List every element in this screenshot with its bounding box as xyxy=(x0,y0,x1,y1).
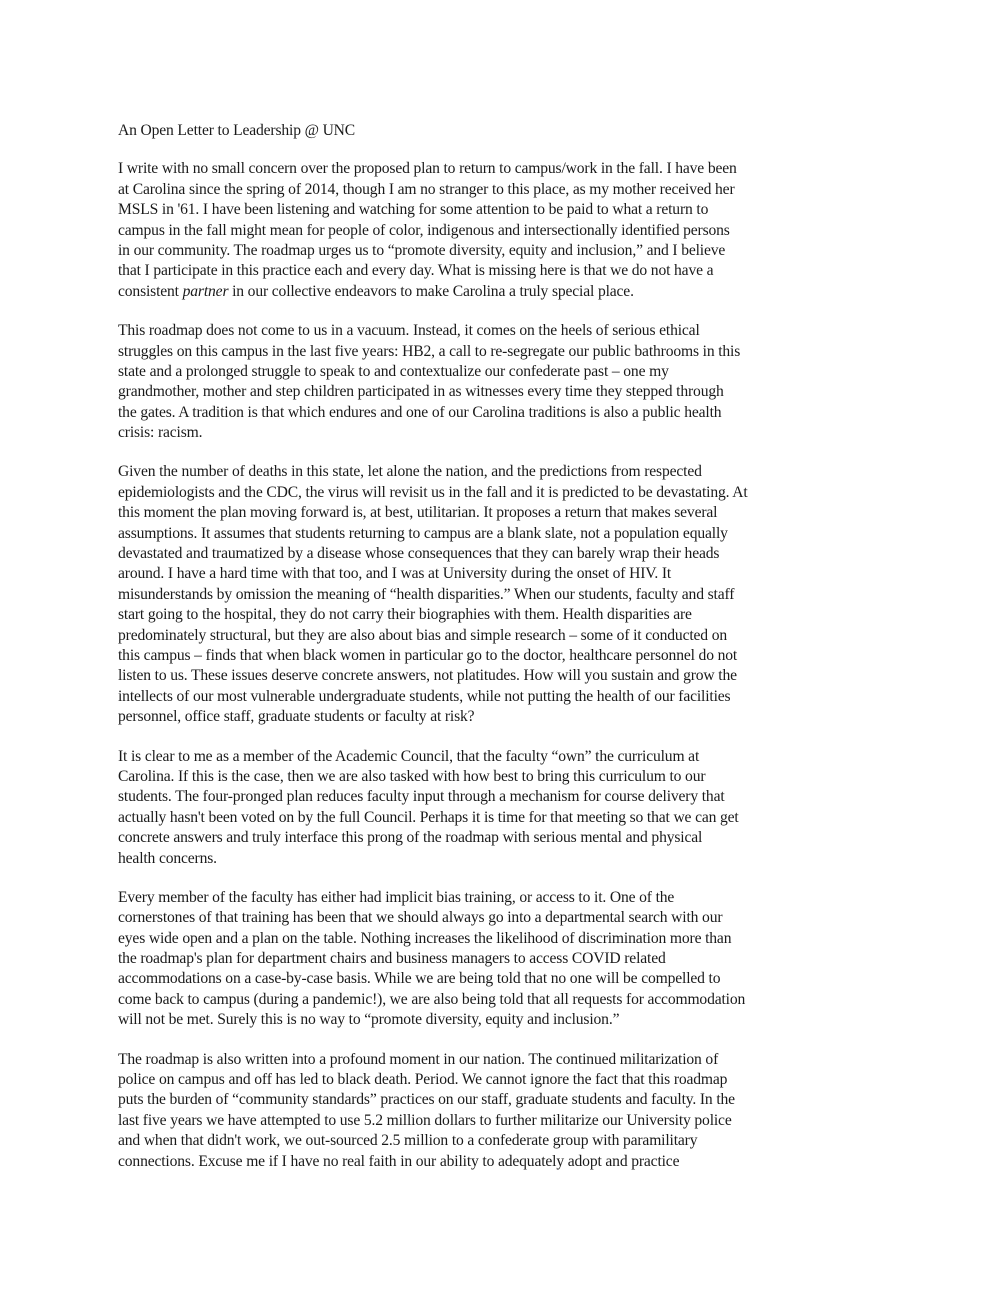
document-page: An Open Letter to Leadership @ UNC I wri… xyxy=(0,0,1000,1294)
paragraph-intro: I write with no small concern over the p… xyxy=(118,159,888,302)
text-line: that I participate in this practice each… xyxy=(118,261,888,281)
text-line: devastated and traumatized by a disease … xyxy=(118,544,888,564)
text-line: consistent partner in our collective end… xyxy=(118,282,888,302)
text-line: this moment the plan moving forward is, … xyxy=(118,503,888,523)
text-line: last five years we have attempted to use… xyxy=(118,1111,888,1131)
text-line: cornerstones of that training has been t… xyxy=(118,908,888,928)
text-line: connections. Excuse me if I have no real… xyxy=(118,1152,888,1172)
text-line: come back to campus (during a pandemic!)… xyxy=(118,990,888,1010)
text-line: predominately structural, but they are a… xyxy=(118,626,888,646)
text-line: this campus – finds that when black wome… xyxy=(118,646,888,666)
text-line: assumptions. It assumes that students re… xyxy=(118,524,888,544)
paragraph-implicit-bias: Every member of the faculty has either h… xyxy=(118,888,888,1031)
text-line: eyes wide open and a plan on the table. … xyxy=(118,929,888,949)
paragraph-militarization: The roadmap is also written into a profo… xyxy=(118,1050,888,1172)
text-line: I write with no small concern over the p… xyxy=(118,159,888,179)
text-line: MSLS in '61. I have been listening and w… xyxy=(118,200,888,220)
text-line: health concerns. xyxy=(118,849,888,869)
text-line: actually hasn't been voted on by the ful… xyxy=(118,808,888,828)
text-segment: in our collective endeavors to make Caro… xyxy=(228,283,633,300)
emphasized-word: partner xyxy=(183,283,229,300)
text-line: and when that didn't work, we out-source… xyxy=(118,1131,888,1151)
text-line: The roadmap is also written into a profo… xyxy=(118,1050,888,1070)
text-line: police on campus and off has led to blac… xyxy=(118,1070,888,1090)
text-line: will not be met. Surely this is no way t… xyxy=(118,1010,888,1030)
paragraph-vacuum: This roadmap does not come to us in a va… xyxy=(118,321,888,443)
text-line: epidemiologists and the CDC, the virus w… xyxy=(118,483,888,503)
text-line: students. The four-pronged plan reduces … xyxy=(118,787,888,807)
paragraph-health-disparities: Given the number of deaths in this state… xyxy=(118,462,888,727)
text-line: the roadmap's plan for department chairs… xyxy=(118,949,888,969)
text-line: crisis: racism. xyxy=(118,423,888,443)
text-line: misunderstands by omission the meaning o… xyxy=(118,585,888,605)
text-line: at Carolina since the spring of 2014, th… xyxy=(118,180,888,200)
text-line: Carolina. If this is the case, then we a… xyxy=(118,767,888,787)
text-line: Given the number of deaths in this state… xyxy=(118,462,888,482)
text-line: Every member of the faculty has either h… xyxy=(118,888,888,908)
letter-title: An Open Letter to Leadership @ UNC xyxy=(118,121,888,141)
text-line: This roadmap does not come to us in a va… xyxy=(118,321,888,341)
text-line: the gates. A tradition is that which end… xyxy=(118,403,888,423)
text-segment: consistent xyxy=(118,283,183,300)
text-line: in our community. The roadmap urges us t… xyxy=(118,241,888,261)
text-line: state and a prolonged struggle to speak … xyxy=(118,362,888,382)
text-line: It is clear to me as a member of the Aca… xyxy=(118,747,888,767)
text-line: accommodations on a case-by-case basis. … xyxy=(118,969,888,989)
text-line: puts the burden of “community standards”… xyxy=(118,1090,888,1110)
text-line: start going to the hospital, they do not… xyxy=(118,605,888,625)
paragraph-academic-council: It is clear to me as a member of the Aca… xyxy=(118,747,888,869)
text-line: concrete answers and truly interface thi… xyxy=(118,828,888,848)
text-line: around. I have a hard time with that too… xyxy=(118,564,888,584)
letter-body: An Open Letter to Leadership @ UNC I wri… xyxy=(118,121,888,1191)
text-line: campus in the fall might mean for people… xyxy=(118,221,888,241)
text-line: intellects of our most vulnerable underg… xyxy=(118,687,888,707)
text-line: struggles on this campus in the last fiv… xyxy=(118,342,888,362)
text-line: grandmother, mother and step children pa… xyxy=(118,382,888,402)
text-line: listen to us. These issues deserve concr… xyxy=(118,666,888,686)
text-line: personnel, office staff, graduate studen… xyxy=(118,707,888,727)
